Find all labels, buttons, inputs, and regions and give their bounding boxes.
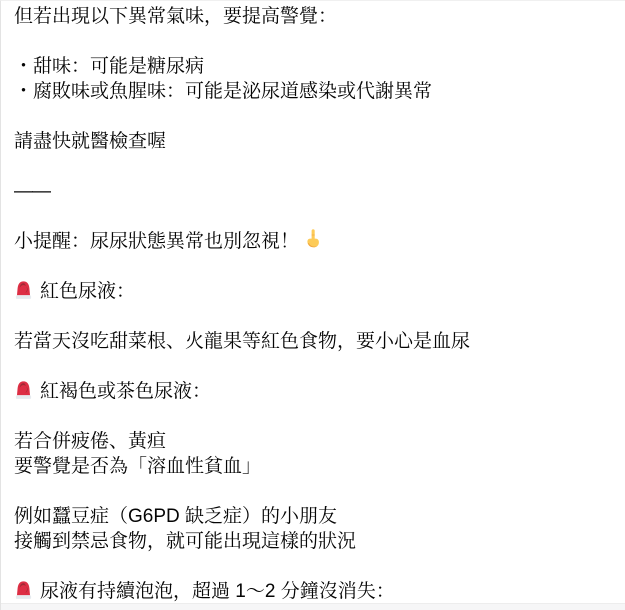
foam-urine-title-text: 尿液有持續泡泡，超過 1～2 分鐘沒消失： — [40, 581, 395, 602]
siren-icon — [14, 580, 33, 601]
bottom-divider-strip — [1, 603, 625, 610]
smell-warning-text: 但若出現以下異常氣味，要提高警覺： — [14, 6, 337, 27]
red-urine-title-text: 紅色尿液： — [40, 281, 135, 302]
paragraph-red-urine-title: 紅色尿液： — [14, 279, 611, 304]
smell-sweet-item: ・甜味：可能是糖尿病 — [14, 54, 611, 79]
paragraph-smell-list: ・甜味：可能是糖尿病 ・腐敗味或魚腥味：可能是泌尿道感染或代謝異常 — [14, 54, 611, 104]
paragraph-foam-urine-title: 尿液有持續泡泡，超過 1～2 分鐘沒消失： — [14, 579, 611, 604]
reminder-text: 小提醒：尿尿狀態異常也別忽視！ — [14, 231, 299, 252]
g6pd-food-line: 接觸到禁忌食物，就可能出現這樣的狀況 — [14, 529, 611, 554]
g6pd-example-line: 例如蠶豆症（G6PD 缺乏症）的小朋友 — [14, 504, 611, 529]
smell-rotten-item: ・腐敗味或魚腥味：可能是泌尿道感染或代謝異常 — [14, 79, 611, 104]
paragraph-see-doctor: 請盡快就醫檢查喔 — [14, 129, 611, 154]
post-page: 但若出現以下異常氣味，要提高警覺： ・甜味：可能是糖尿病 ・腐敗味或魚腥味：可能… — [0, 0, 625, 610]
paragraph-brown-urine-body: 若合併疲倦、黃疸 要警覺是否為「溶血性貧血」 — [14, 429, 611, 479]
post-content: 但若出現以下異常氣味，要提高警覺： ・甜味：可能是糖尿病 ・腐敗味或魚腥味：可能… — [1, 1, 625, 604]
paragraph-red-urine-body: 若當天沒吃甜菜根、火龍果等紅色食物，要小心是血尿 — [14, 329, 611, 354]
paragraph-reminder: 小提醒：尿尿狀態異常也別忽視！ — [14, 229, 611, 254]
paragraph-brown-urine-title: 紅褐色或茶色尿液： — [14, 379, 611, 404]
paragraph-divider: —— — [14, 179, 611, 204]
brown-urine-symptom-line: 若合併疲倦、黃疸 — [14, 429, 611, 454]
see-doctor-text: 請盡快就醫檢查喔 — [14, 131, 166, 152]
brown-urine-alert-line: 要警覺是否為「溶血性貧血」 — [14, 454, 611, 479]
siren-icon — [14, 280, 33, 301]
paragraph-g6pd: 例如蠶豆症（G6PD 缺乏症）的小朋友 接觸到禁忌食物，就可能出現這樣的狀況 — [14, 504, 611, 554]
index-pointing-up-icon — [304, 229, 322, 251]
red-urine-body-text: 若當天沒吃甜菜根、火龍果等紅色食物，要小心是血尿 — [14, 331, 470, 352]
brown-urine-title-text: 紅褐色或茶色尿液： — [40, 381, 211, 402]
siren-icon — [14, 380, 33, 401]
divider-dashes: —— — [14, 181, 50, 202]
paragraph-smell-warning: 但若出現以下異常氣味，要提高警覺： — [14, 4, 611, 29]
